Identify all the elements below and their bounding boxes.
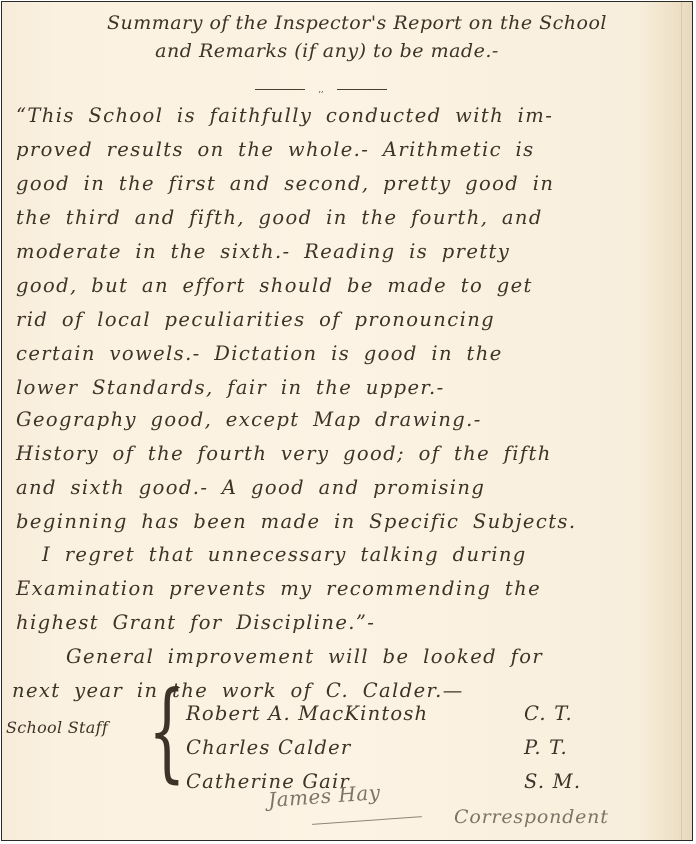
- staff-role: S. M.: [524, 770, 581, 793]
- report-line: I regret that unnecessary talking during: [42, 543, 678, 566]
- report-line: rid of local peculiarities of pronouncin…: [16, 308, 678, 331]
- handwritten-logbook-page: Summary of the Inspector's Report on the…: [1, 1, 693, 841]
- staff-name: Robert A. MacKintosh: [186, 702, 428, 725]
- page-heading-line-1: Summary of the Inspector's Report on the…: [12, 12, 693, 34]
- staff-name: Charles Calder: [186, 736, 351, 759]
- staff-role: P. T.: [524, 736, 568, 759]
- page-heading-line-2: and Remarks (if any) to be made.-: [1, 40, 672, 62]
- signature-underline: [312, 816, 422, 825]
- report-line: highest Grant for Discipline.”-: [16, 611, 678, 634]
- report-line: certain vowels.- Dictation is good in th…: [16, 342, 678, 365]
- report-line: moderate in the sixth.- Reading is prett…: [16, 240, 678, 263]
- school-staff-label: School Staff: [6, 718, 108, 737]
- report-line: Geography good, except Map drawing.-: [16, 408, 678, 431]
- report-line: and sixth good.- A good and promising: [16, 476, 678, 499]
- signature-title: Correspondent: [454, 806, 609, 828]
- report-line: beginning has been made in Specific Subj…: [16, 510, 678, 533]
- report-line: lower Standards, fair in the upper.-: [16, 376, 678, 399]
- divider-mark: ,,: [318, 85, 323, 94]
- report-line: good in the first and second, pretty goo…: [16, 172, 678, 195]
- report-line: History of the fourth very good; of the …: [16, 442, 678, 465]
- report-line: proved results on the whole.- Arithmetic…: [16, 138, 678, 161]
- curly-brace-icon: {: [148, 678, 186, 786]
- staff-role: C. T.: [524, 702, 573, 725]
- report-line: “This School is faithfully conducted wit…: [16, 104, 678, 127]
- report-line: General improvement will be looked for: [66, 645, 678, 668]
- divider-rule-left: [255, 89, 305, 90]
- divider-rule-right: [337, 89, 387, 90]
- report-line: Examination prevents my recommending the: [16, 577, 678, 600]
- report-line: next year in the work of C. Calder.—: [12, 679, 678, 702]
- report-line: the third and fifth, good in the fourth,…: [16, 206, 678, 229]
- heading-divider: ,,: [255, 86, 387, 92]
- report-line: good, but an effort should be made to ge…: [16, 274, 678, 297]
